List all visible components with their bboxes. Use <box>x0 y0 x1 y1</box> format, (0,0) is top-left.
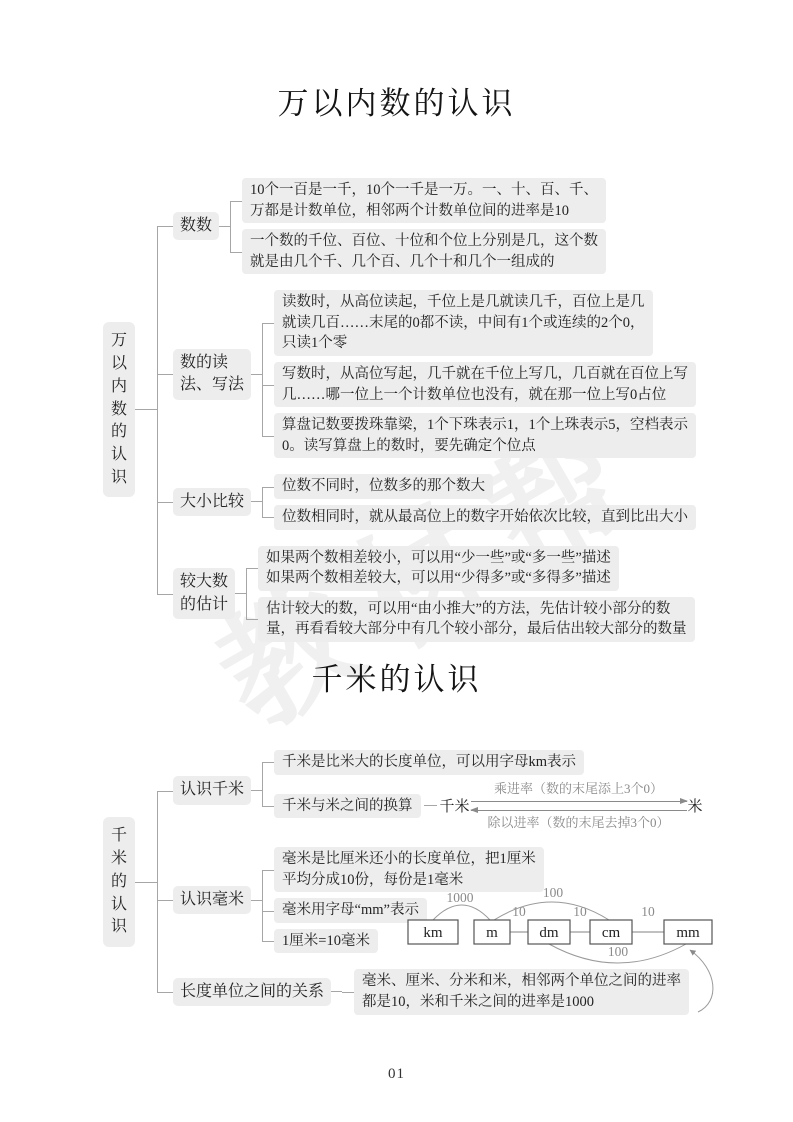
branch-connector <box>251 374 262 375</box>
section-title-2: 千米的认识 <box>0 654 793 699</box>
leaves: 位数不同时，位数多的那个数大 位数相同时，就从最高位上的数字开始依次比较，直到比… <box>262 471 696 532</box>
leaf-row: 一个数的千位、百位、十位和个位上分别是几，这个数 就是由几个千、几个百、几个十和… <box>230 226 606 277</box>
branches: 数数 10个一百是一千，10个一千是一万。一、十、百、千、 万都是计数单位，相邻… <box>157 170 696 650</box>
unit-label-km: km <box>423 925 443 941</box>
leaves: 如果两个数相差较小，可以用“少一些”或“多一些”描述 如果两个数相差较大，可以用… <box>246 543 695 645</box>
km-m-conversion-diagram: 千米 乘进率（数的末尾添上3个0） 除以进率（数的末尾去掉3个0） 米 <box>440 781 703 832</box>
leaf-text: 写数时，从高位写起，几千就在千位上写几，几百就在百位上写 几……哪一位上一个计数… <box>274 362 696 407</box>
root-connector <box>135 882 157 883</box>
left-arrow-icon <box>471 810 687 811</box>
conversion-right-label: 米 <box>688 795 703 816</box>
root-node: 万 以 内 数 的 认 识 <box>103 322 135 497</box>
branch-connector <box>219 226 230 227</box>
leaf-text: 估计较大的数，可以用“由小推大”的方法，先估计较小部分的数 量，再看看较大部分中… <box>258 597 695 642</box>
leaf-text: 千米是比米大的长度单位，可以用字母km表示 <box>274 750 584 775</box>
branch-know-km: 认识千米 千米是比米大的长度单位，可以用字母km表示 千米与米之间的换算 千米 … <box>157 742 703 839</box>
unit-box-dm: dm <box>528 920 570 944</box>
arc-label-100: 100 <box>543 885 564 900</box>
page-number: 01 <box>0 1066 793 1083</box>
unit-box-mm: mm <box>664 920 712 944</box>
leaf-row: 千米是比米大的长度单位，可以用字母km表示 <box>262 747 703 778</box>
branch-connector <box>251 900 262 901</box>
leaf-text: 一个数的千位、百位、十位和个位上分别是几，这个数 就是由几个千、几个百、几个十和… <box>242 229 606 274</box>
unit-label-cm: cm <box>602 925 621 941</box>
branch-node: 大小比较 <box>173 488 251 516</box>
unit-box-cm: cm <box>590 920 632 944</box>
leaf-row: 读数时，从高位读起，千位上是几就读几千，百位上是几 就读几百……末尾的0都不读，… <box>262 287 696 359</box>
unit-box-km: km <box>408 920 458 944</box>
root-connector <box>135 409 157 410</box>
leaf-row: 算盘记数要拨珠靠梁，1个下珠表示1，1个上珠表示5，空档表示 0。读写算盘上的数… <box>262 410 696 461</box>
unit-label-mm: mm <box>676 925 700 941</box>
branch-node: 认识毫米 <box>173 886 251 914</box>
arc-label-1000: 1000 <box>447 890 474 905</box>
branch-connector <box>331 991 342 992</box>
branch-estimate: 较大数 的估计 如果两个数相差较小，可以用“少一些”或“多一些”描述 如果两个数… <box>157 538 696 650</box>
leaves: 10个一百是一千，10个一千是一万。一、十、百、千、 万都是计数单位，相邻两个计… <box>230 175 606 277</box>
multiply-rate-label: 乘进率（数的末尾添上3个0） <box>494 781 663 797</box>
branch-node: 较大数 的估计 <box>173 568 235 619</box>
conversion-arrows: 乘进率（数的末尾添上3个0） 除以进率（数的末尾去掉3个0） <box>471 781 687 832</box>
branch-read-write: 数的读 法、写法 读数时，从高位读起，千位上是几就读几千，百位上是几 就读几百…… <box>157 282 696 466</box>
branch-compare: 大小比较 位数不同时，位数多的那个数大 位数相同时，就从最高位上的数字开始依次比… <box>157 466 696 537</box>
root-node: 千 米 的 认 识 <box>103 817 135 947</box>
curved-arrow-to-mm-icon <box>690 950 713 1012</box>
unit-label-dm: dm <box>539 925 559 941</box>
conversion-left-label: 千米 <box>440 795 470 816</box>
arc-km-m <box>433 905 490 920</box>
branch-counting: 数数 10个一百是一千，10个一千是一万。一、十、百、千、 万都是计数单位，相邻… <box>157 170 696 282</box>
leaf-text: 如果两个数相差较小，可以用“少一些”或“多一些”描述 如果两个数相差较大，可以用… <box>258 546 619 591</box>
leaf-row: 写数时，从高位写起，几千就在千位上写几，几百就在百位上写 几……哪一位上一个计数… <box>262 359 696 410</box>
unit-box-m: m <box>474 920 510 944</box>
leaf-connector <box>424 805 437 806</box>
leaf-row: 位数相同时，就从最高位上的数字开始依次比较，直到比出大小 <box>262 502 696 533</box>
arc-m-cm <box>494 902 609 920</box>
leaf-text: 1厘米=10毫米 <box>274 929 378 954</box>
leaf-text: 位数不同时，位数多的那个数大 <box>274 474 493 499</box>
leaves: 读数时，从高位读起，千位上是几就读几千，百位上是几 就读几百……末尾的0都不读，… <box>262 287 696 461</box>
leaf-row: 千米与米之间的换算 千米 乘进率（数的末尾添上3个0） 除以进率（数的末尾去掉3… <box>262 778 703 835</box>
leaf-text: 读数时，从高位读起，千位上是几就读几千，百位上是几 就读几百……末尾的0都不读，… <box>274 290 653 356</box>
leaf-row: 位数不同时，位数多的那个数大 <box>262 471 696 502</box>
leaf-text: 千米与米之间的换算 <box>274 794 421 819</box>
link-label-10: 10 <box>641 904 655 919</box>
unit-label-m: m <box>486 925 498 941</box>
leaf-row: 如果两个数相差较小，可以用“少一些”或“多一些”描述 如果两个数相差较大，可以用… <box>246 543 695 594</box>
leaf-row: 估计较大的数，可以用“由小推大”的方法，先估计较小部分的数 量，再看看较大部分中… <box>246 594 695 645</box>
divide-rate-label: 除以进率（数的末尾去掉3个0） <box>488 815 670 831</box>
branch-connector <box>235 593 246 594</box>
branch-node: 数的读 法、写法 <box>173 349 251 400</box>
document-page: 教材帮 万以内数的认识 万 以 内 数 的 认 识 数数 10个一百是一千，10… <box>0 0 793 1122</box>
branch-connector <box>251 501 262 502</box>
leaves: 千米是比米大的长度单位，可以用字母km表示 千米与米之间的换算 千米 乘进率（数… <box>262 747 703 834</box>
right-arrow-icon <box>471 801 687 802</box>
branch-node: 认识千米 <box>173 776 251 804</box>
leaf-text: 10个一百是一千，10个一千是一万。一、十、百、千、 万都是计数单位，相邻两个计… <box>242 178 606 223</box>
branch-node: 数数 <box>173 212 219 240</box>
leaf-row: 10个一百是一千，10个一千是一万。一、十、百、千、 万都是计数单位，相邻两个计… <box>230 175 606 226</box>
mindmap-1: 万 以 内 数 的 认 识 数数 10个一百是一千，10个一千是一万。一、十、百… <box>103 170 696 650</box>
branch-node: 长度单位之间的关系 <box>173 978 331 1006</box>
unit-chain-diagram: 10 10 10 1000 100 100 km m dm cm <box>396 884 736 1016</box>
leaf-text: 位数相同时，就从最高位上的数字开始依次比较，直到比出大小 <box>274 505 696 530</box>
leaf-text: 算盘记数要拨珠靠梁，1个下珠表示1，1个上珠表示5，空档表示 0。读写算盘上的数… <box>274 413 696 458</box>
section-title-1: 万以内数的认识 <box>0 78 793 123</box>
arc-label-100-bottom: 100 <box>608 944 629 959</box>
branch-connector <box>251 790 262 791</box>
